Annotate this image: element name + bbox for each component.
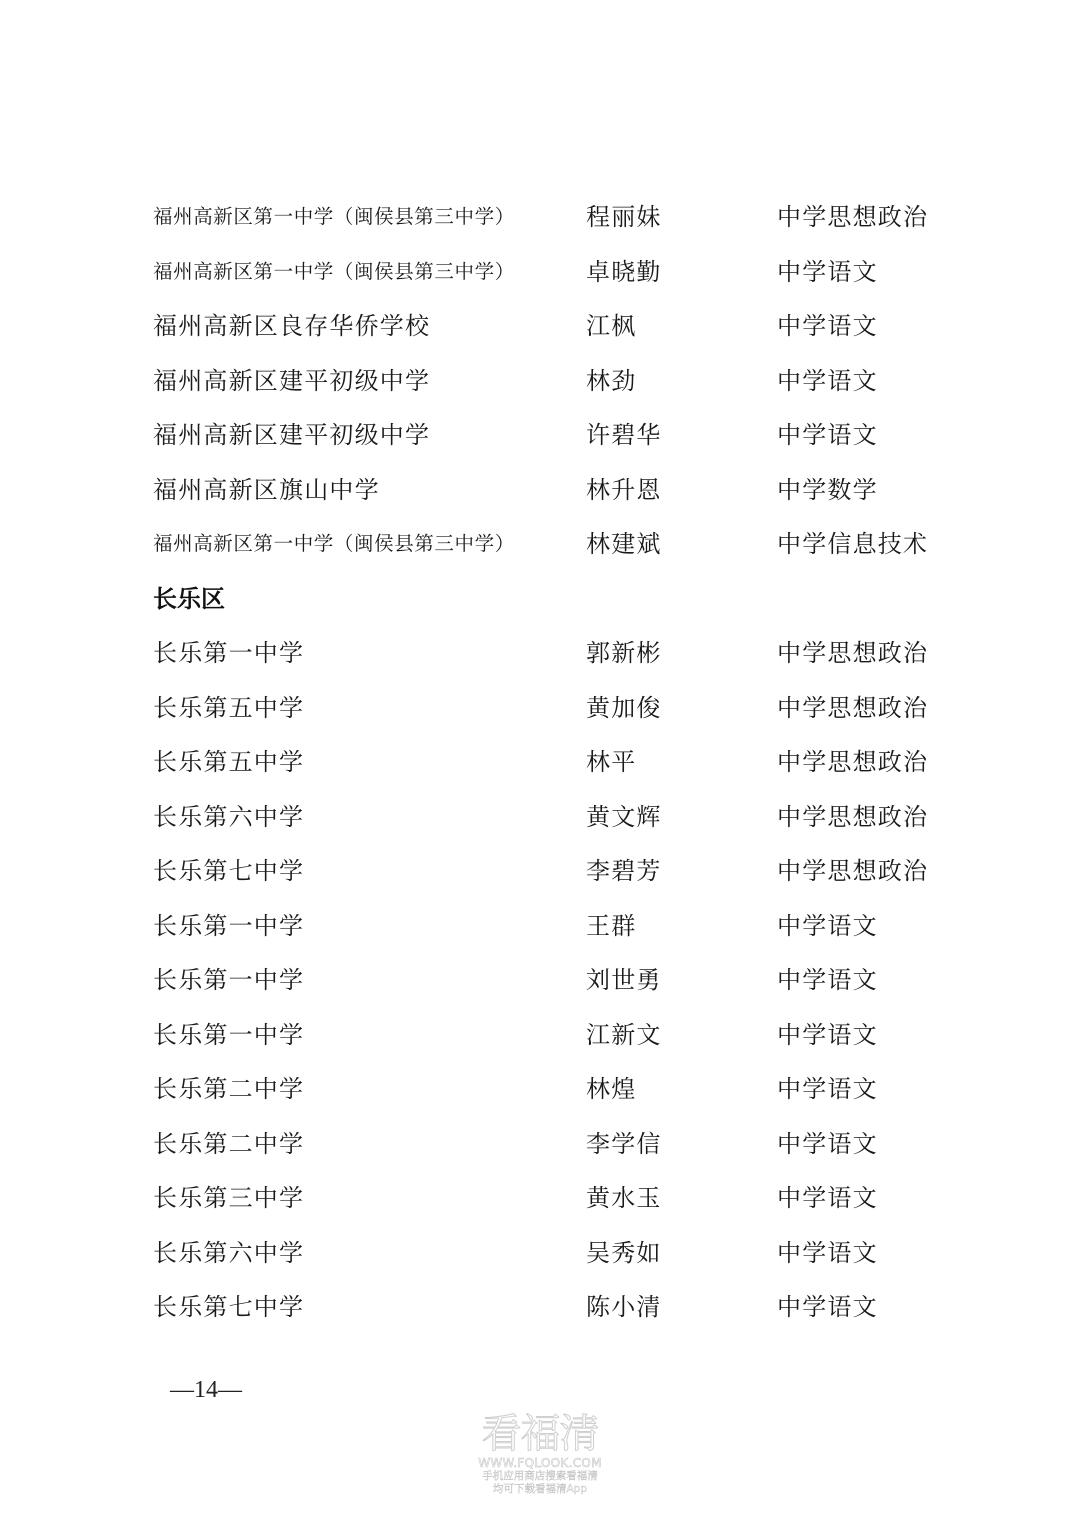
table-row: 长乐第一中学 江新文 中学语文 [0,1015,1080,1055]
table-row: 福州高新区旗山中学 林升恩 中学数学 [0,470,1080,510]
subject-cell: 中学思想政治 [777,688,928,728]
name-cell: 李学信 [586,1124,662,1164]
name-cell: 林煌 [586,1069,636,1109]
school-cell: 长乐第七中学 [153,851,304,891]
school-cell: 长乐第五中学 [153,688,304,728]
table-row: 长乐第五中学 黄加俊 中学思想政治 [0,688,1080,728]
subject-cell: 中学思想政治 [777,633,928,673]
table-row: 长乐第六中学 吴秀如 中学语文 [0,1233,1080,1273]
table-row: 长乐第一中学 王群 中学语文 [0,906,1080,946]
subject-cell: 中学信息技术 [777,524,928,564]
subject-cell: 中学思想政治 [777,742,928,782]
table-row: 长乐第一中学 刘世勇 中学语文 [0,960,1080,1000]
watermark-line-2: 均可下载看福清App [470,1483,610,1496]
school-cell: 长乐第二中学 [153,1124,304,1164]
school-cell: 长乐第六中学 [153,797,304,837]
school-cell: 长乐第三中学 [153,1178,304,1218]
table-row: 福州高新区建平初级中学 林劲 中学语文 [0,361,1080,401]
subject-cell: 中学语文 [777,1015,878,1055]
page-number: —14— [170,1372,242,1408]
school-cell: 福州高新区第一中学（闽侯县第三中学） [153,197,515,237]
document-page: 福州高新区第一中学（闽侯县第三中学） 程丽妹 中学思想政治 福州高新区第一中学（… [0,0,1080,1528]
school-cell: 长乐第一中学 [153,1015,304,1055]
school-cell: 长乐第一中学 [153,906,304,946]
table-row: 福州高新区第一中学（闽侯县第三中学） 程丽妹 中学思想政治 [0,197,1080,237]
subject-cell: 中学思想政治 [777,197,928,237]
school-cell: 长乐第一中学 [153,960,304,1000]
name-cell: 刘世勇 [586,960,662,1000]
subject-cell: 中学语文 [777,1287,878,1327]
name-cell: 郭新彬 [586,633,662,673]
school-cell: 长乐第一中学 [153,633,304,673]
subject-cell: 中学语文 [777,306,878,346]
name-cell: 林劲 [586,361,636,401]
name-cell: 林平 [586,742,636,782]
name-cell: 江枫 [586,306,636,346]
watermark-line-1: 手机应用商店搜索看福清 [470,1470,610,1483]
table-row: 福州高新区第一中学（闽侯县第三中学） 卓晓勤 中学语文 [0,252,1080,292]
name-cell: 江新文 [586,1015,662,1055]
subject-cell: 中学语文 [777,415,878,455]
name-cell: 程丽妹 [586,197,662,237]
table-row: 长乐第六中学 黄文辉 中学思想政治 [0,797,1080,837]
school-cell: 福州高新区良存华侨学校 [153,306,430,346]
name-cell: 林升恩 [586,470,662,510]
school-cell: 福州高新区建平初级中学 [153,361,430,401]
table-row: 长乐第三中学 黄水玉 中学语文 [0,1178,1080,1218]
table-row: 长乐第五中学 林平 中学思想政治 [0,742,1080,782]
table-row: 长乐第一中学 郭新彬 中学思想政治 [0,633,1080,673]
name-cell: 林建斌 [586,524,662,564]
table-row: 长乐第二中学 李学信 中学语文 [0,1124,1080,1164]
name-cell: 吴秀如 [586,1233,662,1273]
table-row: 长乐第七中学 陈小清 中学语文 [0,1287,1080,1327]
name-cell: 陈小清 [586,1287,662,1327]
table-row: 福州高新区良存华侨学校 江枫 中学语文 [0,306,1080,346]
name-cell: 黄加俊 [586,688,662,728]
subject-cell: 中学思想政治 [777,851,928,891]
table-row: 福州高新区建平初级中学 许碧华 中学语文 [0,415,1080,455]
subject-cell: 中学数学 [777,470,878,510]
school-cell: 福州高新区第一中学（闽侯县第三中学） [153,524,515,564]
table-row: 福州高新区第一中学（闽侯县第三中学） 林建斌 中学信息技术 [0,524,1080,564]
name-cell: 李碧芳 [586,851,662,891]
school-cell: 长乐第六中学 [153,1233,304,1273]
name-cell: 许碧华 [586,415,662,455]
school-cell: 福州高新区建平初级中学 [153,415,430,455]
subject-cell: 中学语文 [777,1069,878,1109]
watermark: 看福清 WWW.FQLOOK.COM 手机应用商店搜索看福清 均可下载看福清Ap… [470,1412,610,1496]
subject-cell: 中学语文 [777,960,878,1000]
watermark-url: WWW.FQLOOK.COM [470,1456,610,1470]
subject-cell: 中学语文 [777,1124,878,1164]
name-cell: 王群 [586,906,636,946]
name-cell: 卓晓勤 [586,252,662,292]
table-row: 长乐第七中学 李碧芳 中学思想政治 [0,851,1080,891]
school-cell: 福州高新区旗山中学 [153,470,380,510]
school-cell: 福州高新区第一中学（闽侯县第三中学） [153,252,515,292]
watermark-logo-text: 看福清 [470,1412,610,1456]
subject-cell: 中学语文 [777,906,878,946]
school-cell: 长乐第二中学 [153,1069,304,1109]
section-heading: 长乐区 [153,579,225,619]
subject-cell: 中学语文 [777,361,878,401]
subject-cell: 中学语文 [777,1233,878,1273]
subject-cell: 中学思想政治 [777,797,928,837]
school-cell: 长乐第五中学 [153,742,304,782]
subject-cell: 中学语文 [777,1178,878,1218]
name-cell: 黄文辉 [586,797,662,837]
table-row: 长乐第二中学 林煌 中学语文 [0,1069,1080,1109]
school-cell: 长乐第七中学 [153,1287,304,1327]
name-cell: 黄水玉 [586,1178,662,1218]
subject-cell: 中学语文 [777,252,878,292]
